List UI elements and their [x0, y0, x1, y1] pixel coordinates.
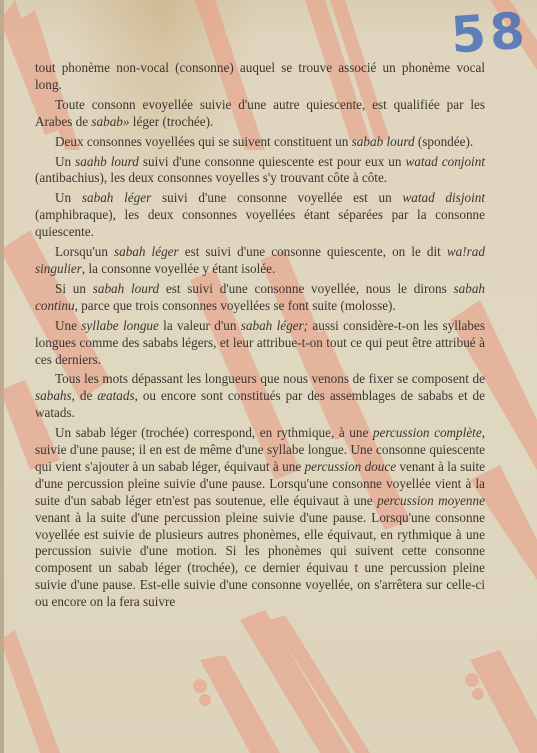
text-run: Un [55, 154, 75, 169]
text-run: est suivi d'une consonne quiescente, on … [179, 244, 447, 259]
text-run: , parce que trois consonnes voyellées se… [75, 298, 396, 313]
italic-term: sabah léger [114, 244, 179, 259]
italic-term: percussion moyenne [377, 493, 485, 508]
text-run: suivi d'une consonne voyellée est un [151, 190, 402, 205]
text-run: (antibachius), les deux consonnes voyell… [35, 170, 387, 185]
text-run: Tous les mots dépassant les longueurs qu… [55, 371, 485, 386]
paragraph: Un sabab léger (trochée) correspond, en … [35, 425, 485, 611]
text-run: (amphibraque), les deux consonnes voyell… [35, 207, 485, 239]
text-run: (spondée). [415, 134, 474, 149]
paragraph: Un sabah léger suivi d'une consonne voye… [35, 190, 485, 241]
text-run: Une [55, 318, 81, 333]
italic-term: æatads [97, 388, 134, 403]
italic-term: watad disjoint [402, 190, 485, 205]
text-run: Lorsqu'un [55, 244, 114, 259]
italic-term: sabah lourd [93, 281, 159, 296]
italic-term: percussion douce [305, 459, 397, 474]
text-run: tout phonème non-vocal (consonne) auquel… [35, 60, 485, 92]
text-run: Un [55, 190, 82, 205]
text-run: léger (trochée). [130, 114, 214, 129]
italic-term: syllabe longue [81, 318, 159, 333]
italic-term: sabah léger; [241, 318, 308, 333]
italic-term: watad conjoint [405, 154, 485, 169]
paragraph: Tous les mots dépassant les longueurs qu… [35, 371, 485, 422]
text-run: Un sabab léger (trochée) correspond, en … [55, 425, 373, 440]
text-run: est suivi d'une consonne voyellée, nous … [159, 281, 453, 296]
paragraph: Une syllabe longue la valeur d'un sabah … [35, 318, 485, 369]
text-run: Deux consonnes voyellées qui se suivent … [55, 134, 352, 149]
paragraph: Un saahb lourd suivi d'une consonne quie… [35, 154, 485, 188]
italic-term: percussion complète [373, 425, 482, 440]
document-body: tout phonème non-vocal (consonne) auquel… [35, 60, 485, 614]
paragraph: Lorsqu'un sabah léger est suivi d'une co… [35, 244, 485, 278]
paragraph: tout phonème non-vocal (consonne) auquel… [35, 60, 485, 94]
text-run: la valeur d'un [159, 318, 241, 333]
paragraph: Toute consonn evoyellée suivie d'une aut… [35, 97, 485, 131]
paragraph: Si un sabah lourd est suivi d'une conson… [35, 281, 485, 315]
italic-term: sabah léger [82, 190, 151, 205]
page-edge [0, 0, 4, 753]
italic-term: saahb lourd [75, 154, 139, 169]
text-run: suivi d'une consonne quiescente est pour… [139, 154, 406, 169]
text-run: venant à la suite d'une percussion plein… [35, 510, 485, 610]
italic-term: sabab lourd [352, 134, 415, 149]
handwritten-page-number: 58 [449, 1, 530, 64]
text-run: , la consonne voyellée y étant isolée. [82, 261, 275, 276]
paragraph: Deux consonnes voyellées qui se suivent … [35, 134, 485, 151]
scanned-page: 58 tout phonème non-vocal (consonne) auq… [0, 0, 537, 753]
text-run: Si un [55, 281, 93, 296]
italic-term: sabab» [91, 114, 129, 129]
italic-term: sabahs [35, 388, 72, 403]
text-run: , de [72, 388, 98, 403]
